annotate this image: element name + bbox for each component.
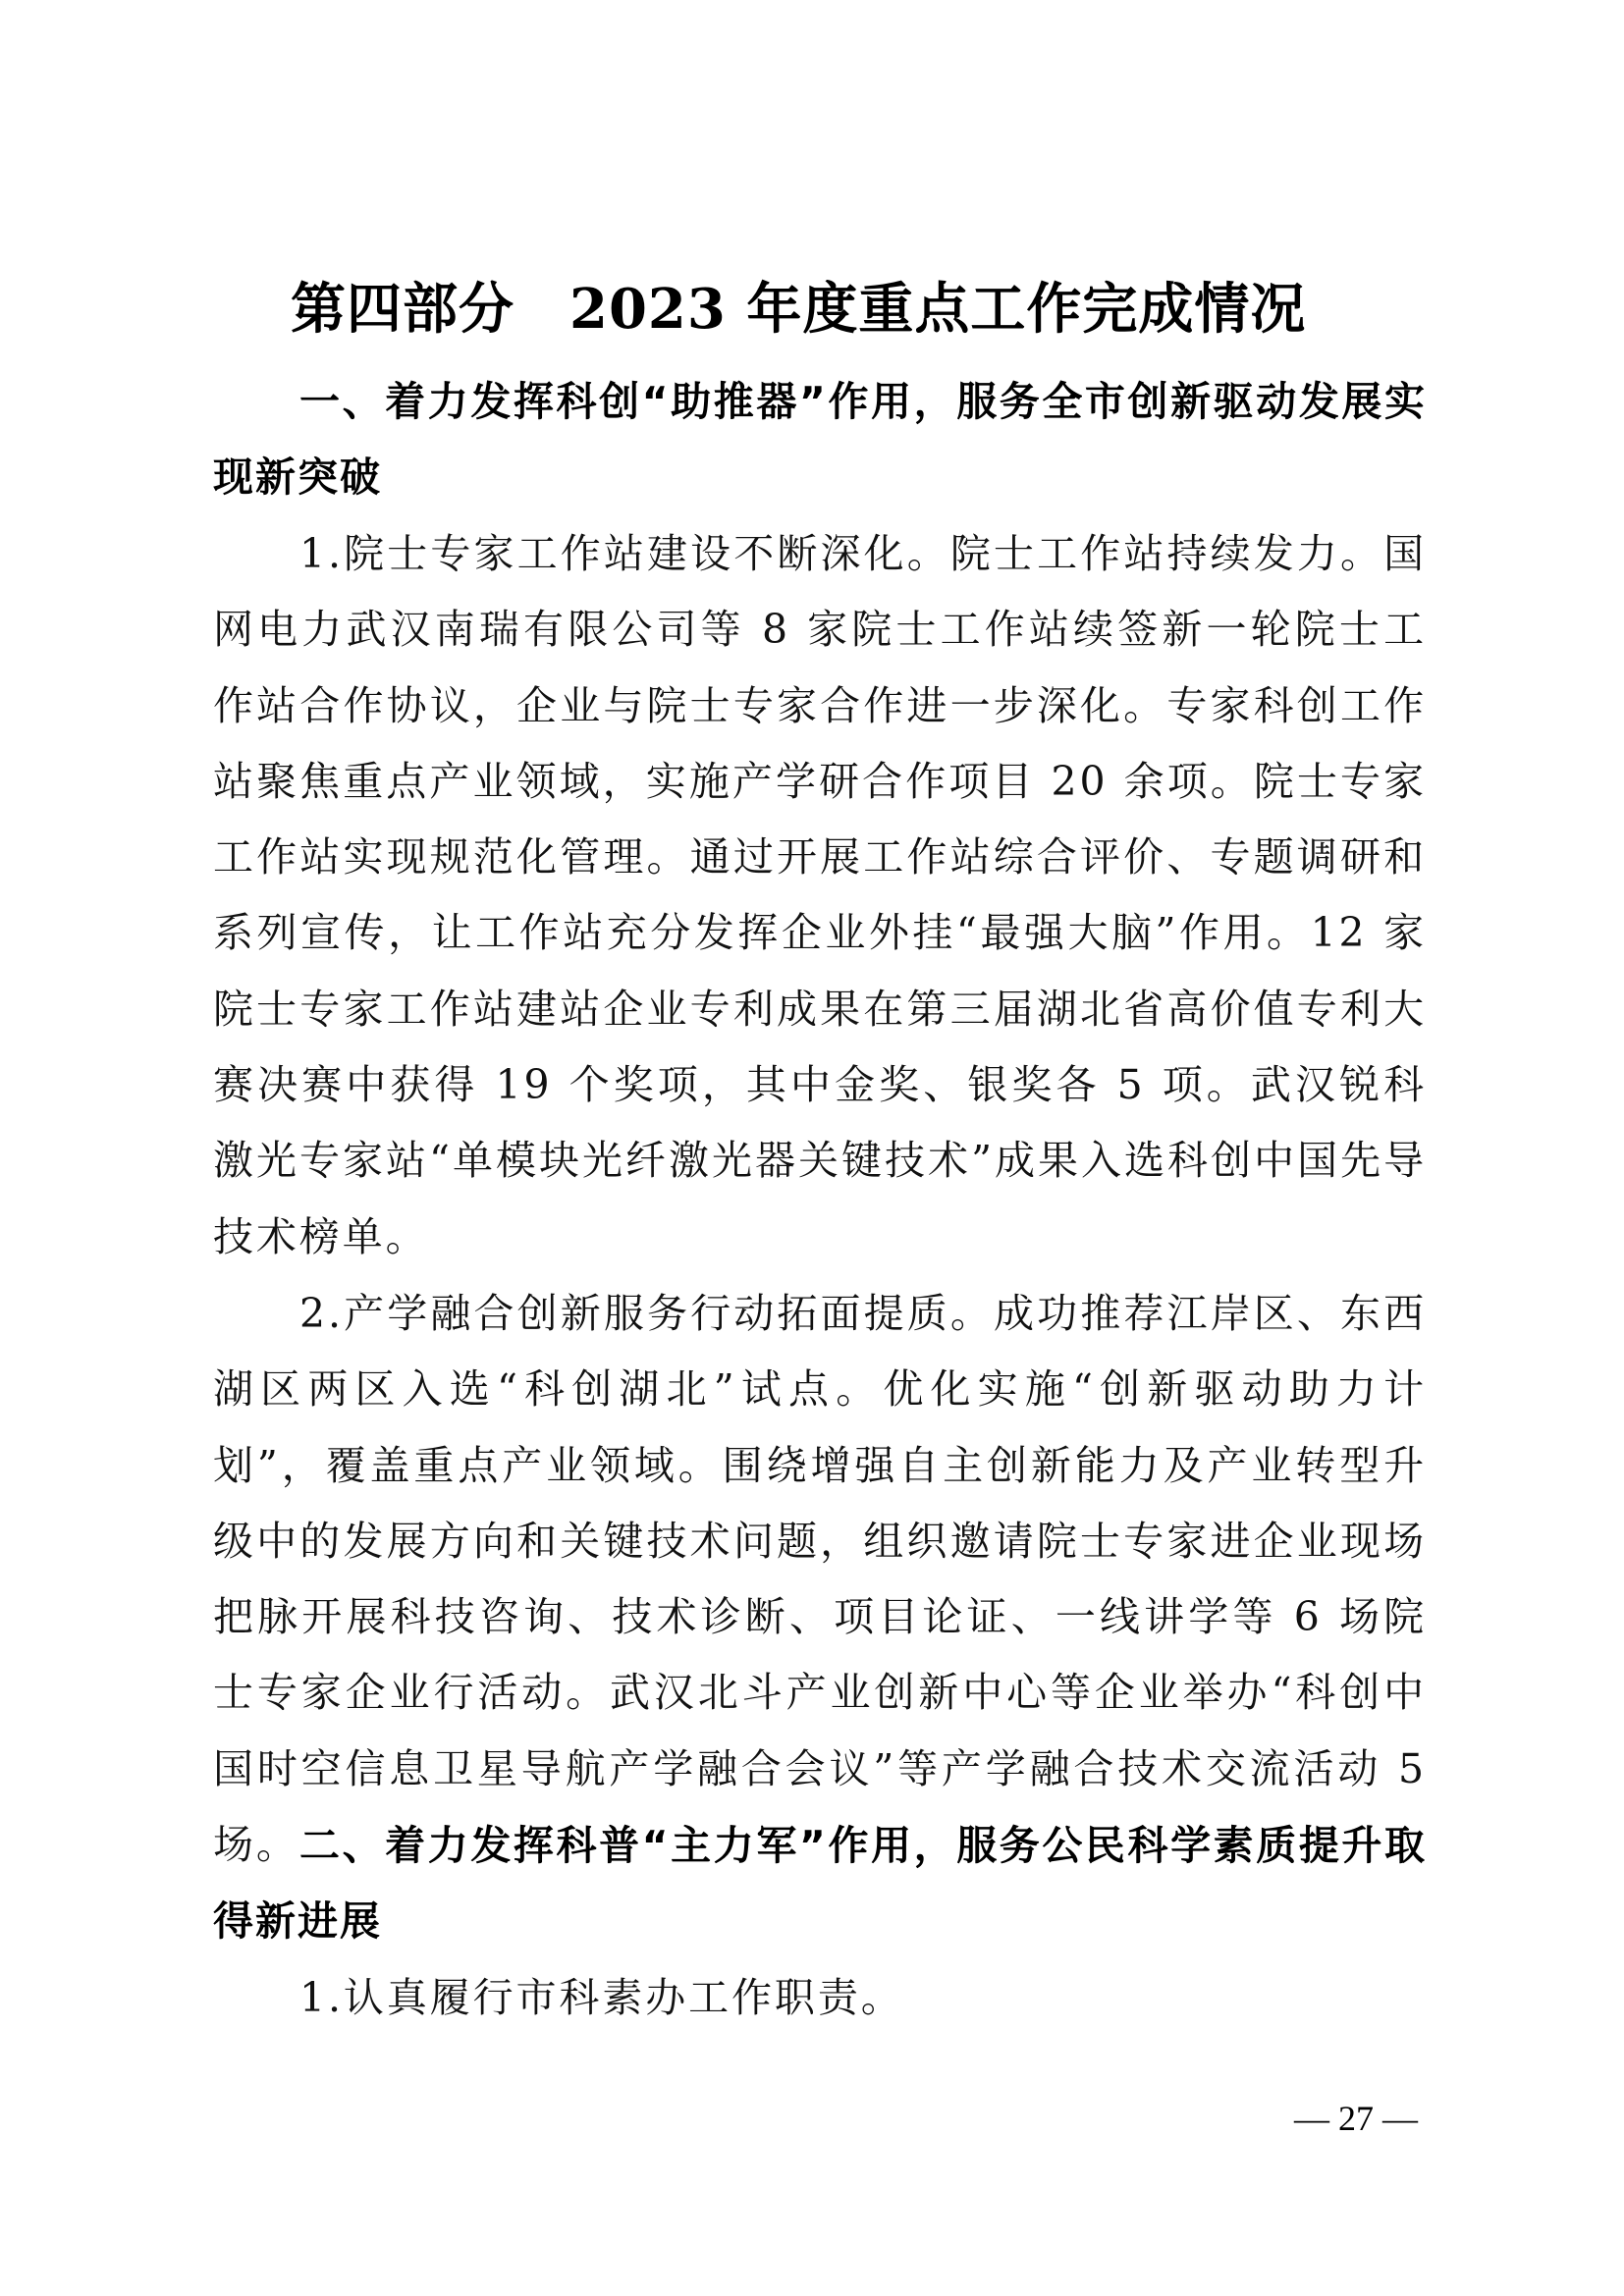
- section-1-paragraph-1: 1.院士专家工作站建设不断深化。院士工作站持续发力。国网电力武汉南瑞有限公司等 …: [213, 516, 1427, 1275]
- section-1: 一、着力发挥科创“助推器”作用，服务全市创新驱动发展实现新突破: [213, 364, 1427, 515]
- paragraph: 1.院士专家工作站建设不断深化。院士工作站持续发力。国网电力武汉南瑞有限公司等 …: [213, 516, 1427, 1275]
- paragraph: 2.产学融合创新服务行动拓面提质。成功推荐江岸区、东西湖区两区入选“科创湖北”试…: [213, 1276, 1427, 1883]
- title-part: 第四部分: [291, 277, 514, 342]
- page-title: 第四部分2023 年度重点工作完成情况: [291, 275, 1371, 344]
- paragraph: 1.认真履行市科素办工作职责。: [213, 1960, 1427, 2036]
- section-2: 二、着力发挥科普“主力军”作用，服务公民科学素质提升取得新进展: [213, 1808, 1427, 1959]
- section-heading: 一、着力发挥科创“助推器”作用，服务全市创新驱动发展实现新突破: [213, 364, 1427, 515]
- page-number: — 27 —: [1294, 2099, 1418, 2138]
- section-2-paragraph-1: 1.认真履行市科素办工作职责。: [213, 1960, 1427, 2036]
- title-text: 2023 年度重点工作完成情况: [569, 277, 1306, 342]
- document-page: 第四部分2023 年度重点工作完成情况 一、着力发挥科创“助推器”作用，服务全市…: [0, 0, 1624, 2296]
- section-heading: 二、着力发挥科普“主力军”作用，服务公民科学素质提升取得新进展: [213, 1808, 1427, 1959]
- section-1-paragraph-2: 2.产学融合创新服务行动拓面提质。成功推荐江岸区、东西湖区两区入选“科创湖北”试…: [213, 1276, 1427, 1883]
